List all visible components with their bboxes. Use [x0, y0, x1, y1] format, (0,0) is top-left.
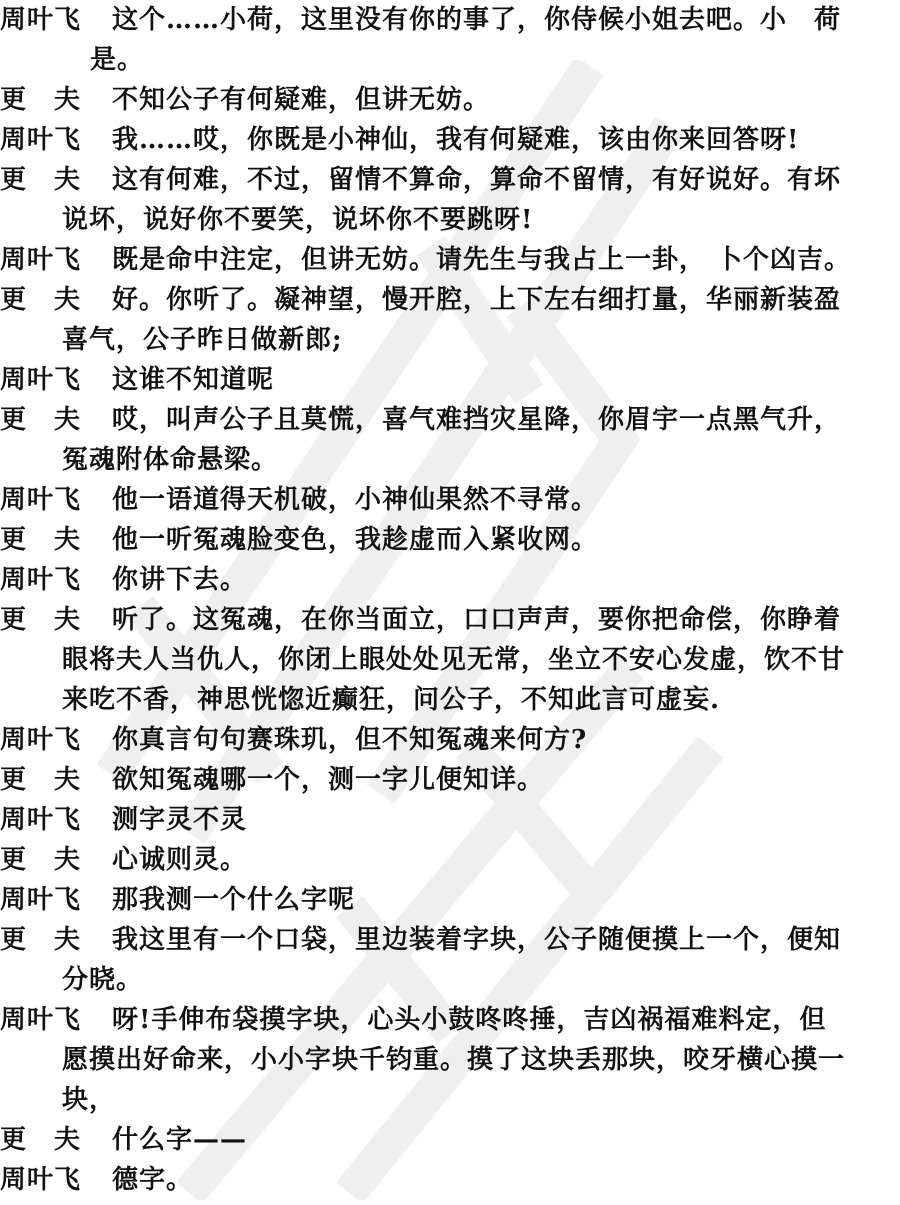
dialogue-entry: 周叶飞 那我测一个什么字呢	[0, 880, 900, 920]
speaker-name: 周叶飞	[0, 880, 110, 920]
dialogue-entry: 更 夫 我这里有一个口袋，里边装着字块，公子随便摸上一个，便知分晓。	[0, 920, 900, 1000]
speaker-name: 更 夫	[0, 160, 110, 200]
dialogue-continuation-line: 说坏，说好你不要笑，说坏你不要跳呀!	[0, 200, 900, 240]
dialogue-line: 这有何难，不过，留情不算命，算命不留情，有好说好。有坏	[0, 160, 900, 200]
dialogue-continuation-line: 来吃不香，神思恍惚近癫狂，问公子，不知此言可虚妄.	[0, 680, 900, 720]
dialogue-entry: 更 夫 听了。这冤魂，在你当面立，口口声声，要你把命偿，你睁着眼将夫人当仇人，你…	[0, 600, 900, 720]
dialogue-line: 测字灵不灵	[0, 800, 900, 840]
dialogue-continuation-line: 愿摸出好命来，小小字块千钧重。摸了这块丢那块，咬牙横心摸一	[0, 1040, 900, 1080]
dialogue-line: 你讲下去。	[0, 560, 900, 600]
dialogue-entry: 更 夫 他一听冤魂脸变色，我趁虚而入紧收网。	[0, 520, 900, 560]
dialogue-entry: 周叶飞 我……哎，你既是小神仙，我有何疑难，该由你来回答呀!	[0, 120, 900, 160]
speaker-name: 周叶飞	[0, 560, 110, 600]
dialogue-line: 什么字——	[0, 1120, 900, 1160]
dialogue-entry: 更 夫 什么字——	[0, 1120, 900, 1160]
dialogue-line: 好。你听了。凝神望，慢开腔，上下左右细打量，华丽新装盈	[0, 280, 900, 320]
speaker-name: 周叶飞	[0, 1000, 110, 1040]
dialogue-entry: 周叶飞 你讲下去。	[0, 560, 900, 600]
dialogue-entry: 周叶飞 呀!手伸布袋摸字块，心头小鼓咚咚捶，吉凶祸福难料定，但愿摸出好命来，小小…	[0, 1000, 900, 1120]
speaker-name: 更 夫	[0, 920, 110, 960]
dialogue-line: 听了。这冤魂，在你当面立，口口声声，要你把命偿，你睁着	[0, 600, 900, 640]
dialogue-continuation-line: 是。	[0, 40, 900, 80]
dialogue-line: 他一听冤魂脸变色，我趁虚而入紧收网。	[0, 520, 900, 560]
dialogue-continuation-line: 眼将夫人当仇人，你闭上眼处处见无常，坐立不安心发虚，饮不甘	[0, 640, 900, 680]
speaker-name: 周叶飞	[0, 1160, 110, 1200]
dialogue-line: 既是命中注定，但讲无妨。请先生与我占上一卦， 卜个凶吉。	[0, 240, 900, 280]
speaker-name: 更 夫	[0, 760, 110, 800]
speaker-name: 更 夫	[0, 280, 110, 320]
dialogue-line: 那我测一个什么字呢	[0, 880, 900, 920]
dialogue-line: 不知公子有何疑难，但讲无妨。	[0, 80, 900, 120]
dialogue-entry: 更 夫 哎，叫声公子且莫慌，喜气难挡灾星降，你眉宇一点黑气升，冤魂附体命悬梁。	[0, 400, 900, 480]
dialogue-entry: 周叶飞 这个……小荷，这里没有你的事了，你侍候小姐去吧。小 荷是。	[0, 0, 900, 80]
dialogue-line: 你真言句句赛珠玑，但不知冤魂来何方?	[0, 720, 900, 760]
dialogue-entry: 更 夫 不知公子有何疑难，但讲无妨。	[0, 80, 900, 120]
speaker-name: 更 夫	[0, 840, 110, 880]
dialogue-entry: 更 夫 欲知冤魂哪一个，测一字儿便知详。	[0, 760, 900, 800]
speaker-name: 周叶飞	[0, 720, 110, 760]
speaker-name: 周叶飞	[0, 360, 110, 400]
speaker-name: 周叶飞	[0, 480, 110, 520]
speaker-name: 周叶飞	[0, 800, 110, 840]
speaker-name: 周叶飞	[0, 0, 110, 40]
script-document: 周叶飞 这个……小荷，这里没有你的事了，你侍候小姐去吧。小 荷是。 更 夫 不知…	[0, 0, 900, 1200]
dialogue-line: 这个……小荷，这里没有你的事了，你侍候小姐去吧。小 荷	[0, 0, 900, 40]
dialogue-entry: 周叶飞 测字灵不灵	[0, 800, 900, 840]
speaker-name: 更 夫	[0, 80, 110, 120]
dialogue-line: 我……哎，你既是小神仙，我有何疑难，该由你来回答呀!	[0, 120, 900, 160]
dialogue-line: 哎，叫声公子且莫慌，喜气难挡灾星降，你眉宇一点黑气升，	[0, 400, 900, 440]
dialogue-entry: 更 夫 好。你听了。凝神望，慢开腔，上下左右细打量，华丽新装盈喜气，公子昨日做新…	[0, 280, 900, 360]
speaker-name: 更 夫	[0, 520, 110, 560]
dialogue-entry: 周叶飞 既是命中注定，但讲无妨。请先生与我占上一卦， 卜个凶吉。	[0, 240, 900, 280]
speaker-name: 更 夫	[0, 400, 110, 440]
dialogue-entry: 周叶飞 你真言句句赛珠玑，但不知冤魂来何方?	[0, 720, 900, 760]
speaker-name: 更 夫	[0, 1120, 110, 1160]
dialogue-line: 他一语道得天机破，小神仙果然不寻常。	[0, 480, 900, 520]
dialogue-continuation-line: 冤魂附体命悬梁。	[0, 440, 900, 480]
dialogue-line: 德字。	[0, 1160, 900, 1200]
speaker-name: 更 夫	[0, 600, 110, 640]
dialogue-entry: 周叶飞 这谁不知道呢	[0, 360, 900, 400]
dialogue-entry: 更 夫 这有何难，不过，留情不算命，算命不留情，有好说好。有坏说坏，说好你不要笑…	[0, 160, 900, 240]
dialogue-line: 呀!手伸布袋摸字块，心头小鼓咚咚捶，吉凶祸福难料定，但	[0, 1000, 900, 1040]
dialogue-entry: 周叶飞 他一语道得天机破，小神仙果然不寻常。	[0, 480, 900, 520]
dialogue-line: 欲知冤魂哪一个，测一字儿便知详。	[0, 760, 900, 800]
dialogue-continuation-line: 喜气，公子昨日做新郎;	[0, 320, 900, 360]
speaker-name: 周叶飞	[0, 120, 110, 160]
dialogue-line: 心诚则灵。	[0, 840, 900, 880]
dialogue-continuation-line: 块，	[0, 1080, 900, 1120]
dialogue-line: 这谁不知道呢	[0, 360, 900, 400]
dialogue-continuation-line: 分晓。	[0, 960, 900, 1000]
dialogue-line: 我这里有一个口袋，里边装着字块，公子随便摸上一个，便知	[0, 920, 900, 960]
dialogue-entry: 更 夫 心诚则灵。	[0, 840, 900, 880]
dialogue-entry: 周叶飞 德字。	[0, 1160, 900, 1200]
speaker-name: 周叶飞	[0, 240, 110, 280]
